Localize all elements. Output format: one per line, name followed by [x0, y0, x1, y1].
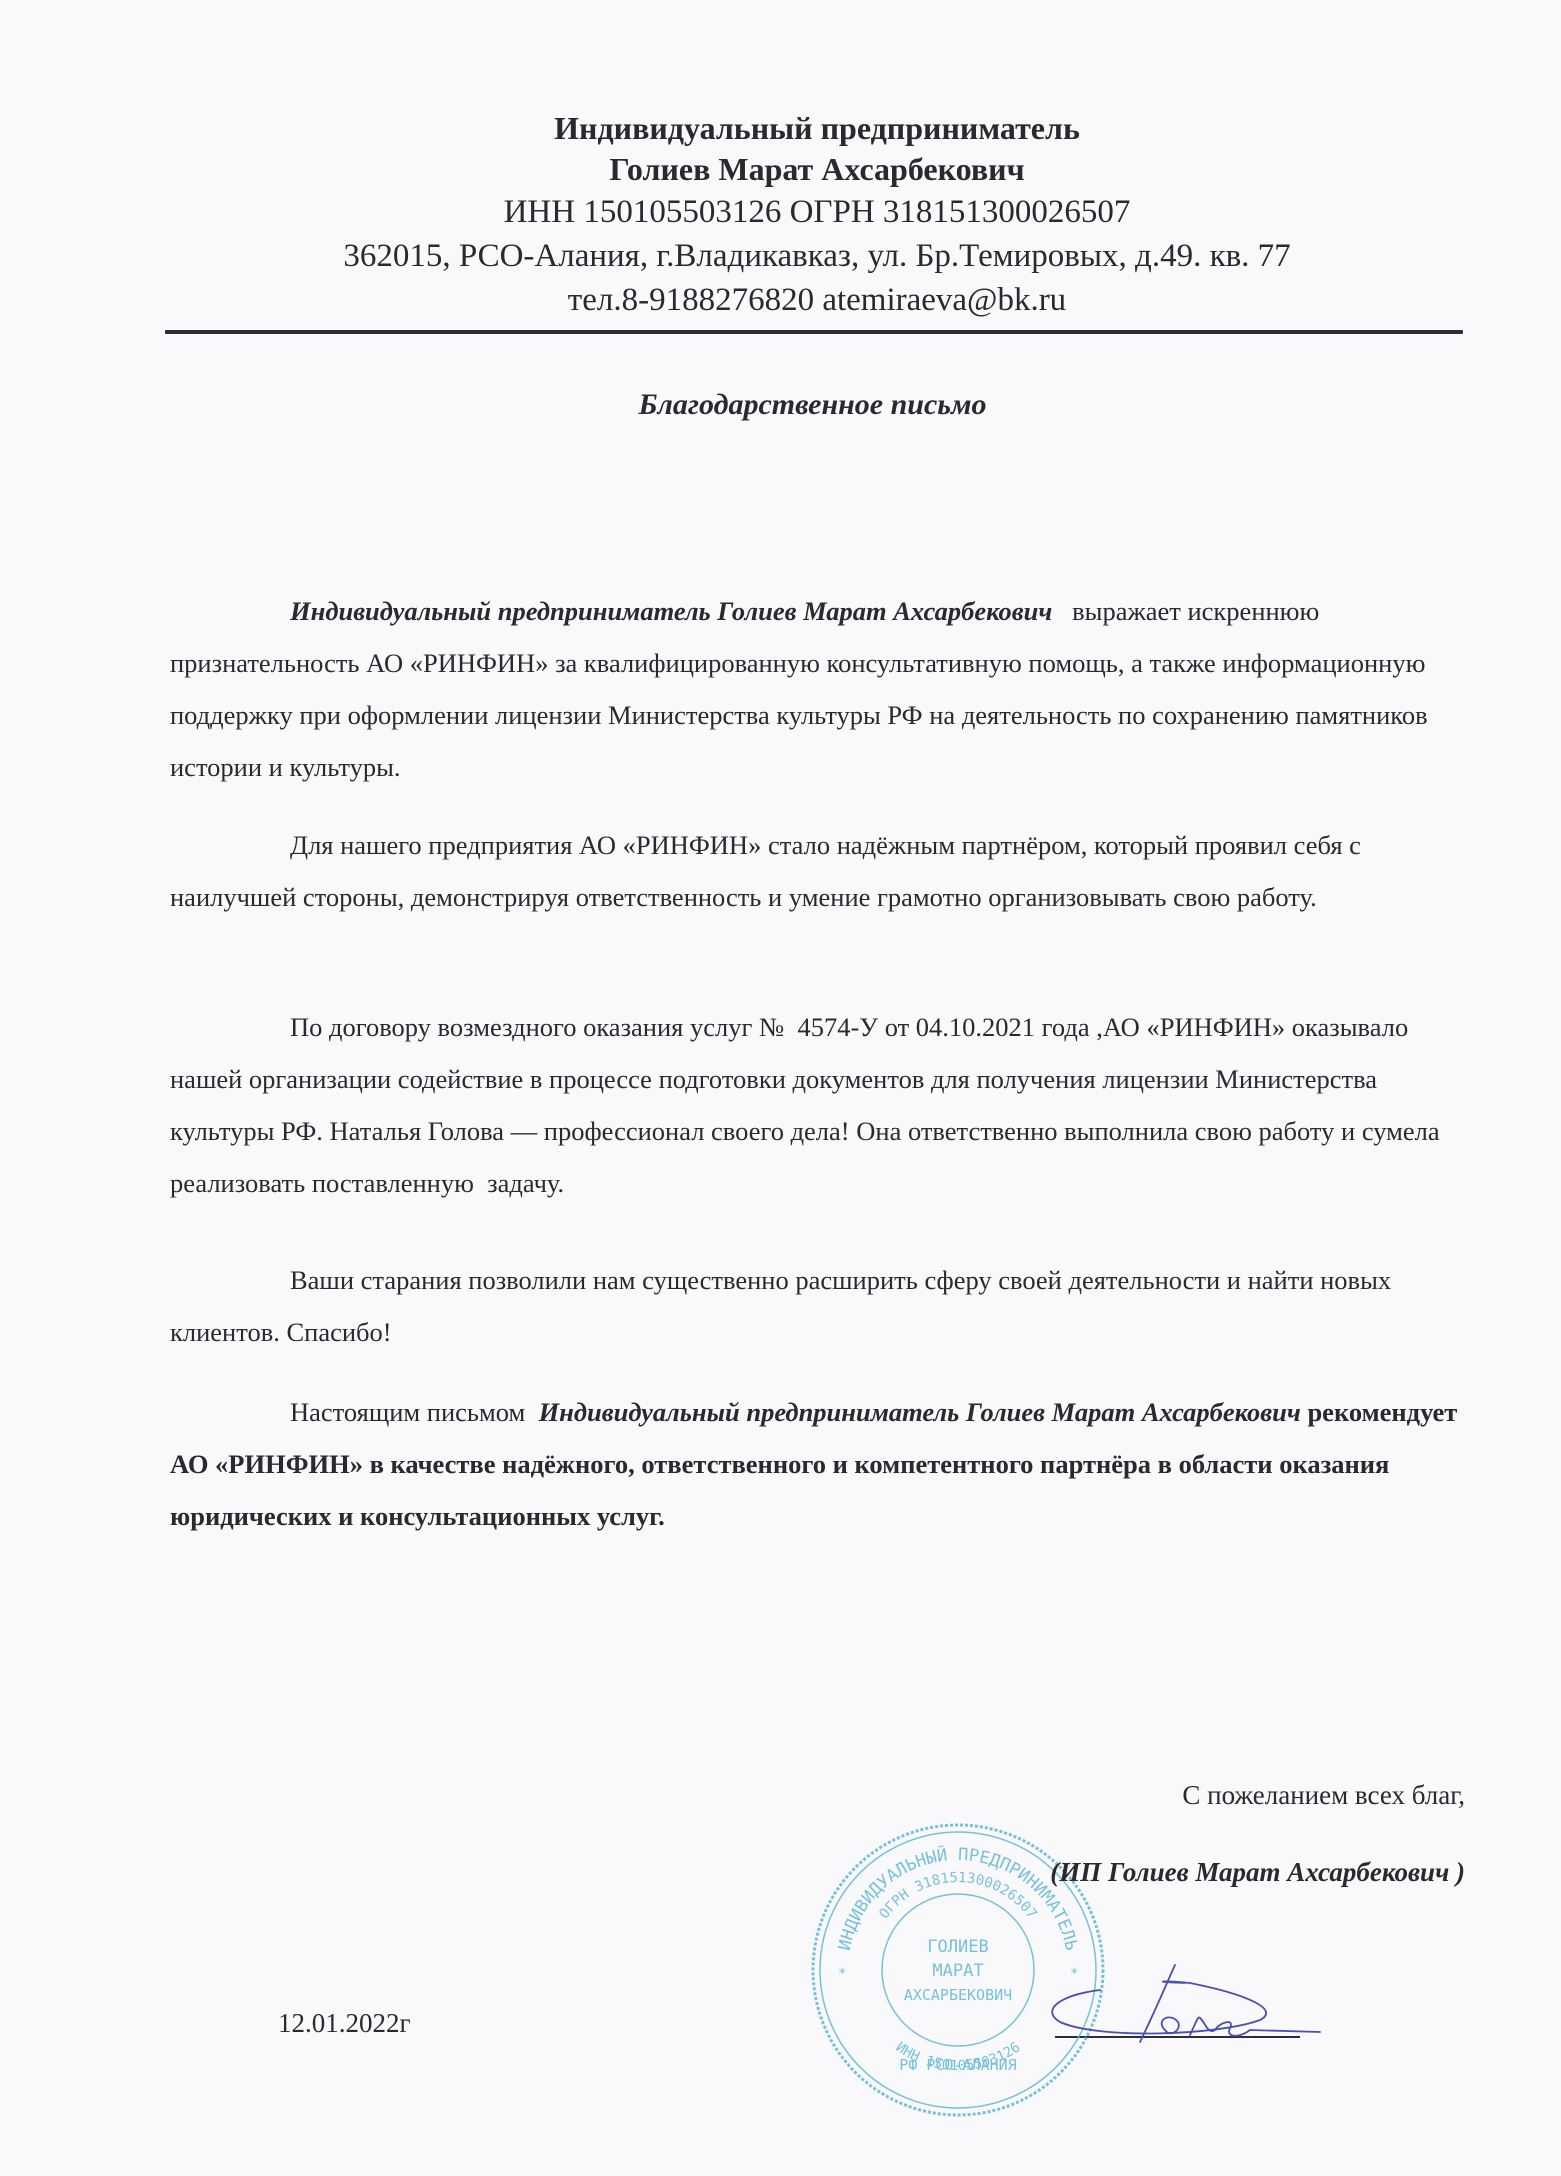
- document-title: Благодарственное письмо: [0, 388, 1561, 422]
- letterhead-divider: [165, 330, 1463, 334]
- stamp-center-line-1: ГОЛИЕВ: [927, 1937, 988, 1957]
- stamp-star-left-icon: *: [838, 1966, 846, 1982]
- letterhead-contacts: тел.8-9188276820 atemiraeva@bk.ru: [0, 278, 1561, 322]
- paragraph-2: Для нашего предприятия АО «РИНФИН» стало…: [170, 819, 1460, 923]
- stamp-outer-text: ИНДИВИДУАЛЬНЫЙ ПРЕДПРИНИМАТЕЛЬ: [835, 1844, 1081, 1953]
- paragraph-4: Ваши старания позволили нам существенно …: [170, 1254, 1460, 1358]
- paragraph-3-text: По договору возмездного оказания услуг №…: [170, 1001, 1460, 1209]
- handwritten-signature-icon: [1040, 1950, 1340, 2050]
- stamp-region-text: РФ РСО-АЛАНИЯ: [899, 2056, 1016, 2074]
- closing-phrase: С пожеланием всех благ,: [1182, 1780, 1465, 1811]
- sender-name-emphasis: Индивидуальный предприниматель Голиев Ма…: [290, 596, 1052, 626]
- stamp-center-line-3: АХСАРБЕКОВИЧ: [904, 1986, 1012, 2004]
- letterhead-title: Индивидуальный предприниматель: [0, 108, 1561, 149]
- letterhead-name: Голиев Марат Ахсарбекович: [0, 149, 1561, 190]
- letter-page: Индивидуальный предприниматель Голиев Ма…: [0, 0, 1561, 2176]
- paragraph-5-lead: Настоящим письмом: [290, 1397, 539, 1427]
- svg-text:ИНДИВИДУАЛЬНЫЙ ПРЕДПРИНИМАТЕЛЬ: ИНДИВИДУАЛЬНЫЙ ПРЕДПРИНИМАТЕЛЬ: [835, 1844, 1081, 1953]
- signer-name: (ИП Голиев Марат Ахсарбекович ): [1050, 1857, 1465, 1888]
- paragraph-3: По договору возмездного оказания услуг №…: [170, 1001, 1460, 1209]
- paragraph-2-text: Для нашего предприятия АО «РИНФИН» стало…: [170, 819, 1460, 923]
- letter-date: 12.01.2022г: [278, 2008, 411, 2039]
- paragraph-1: Индивидуальный предприниматель Голиев Ма…: [170, 585, 1460, 793]
- letterhead-address: 362015, РСО-Алания, г.Владикавказ, ул. Б…: [0, 234, 1561, 278]
- paragraph-5: Настоящим письмом Индивидуальный предпри…: [170, 1386, 1460, 1542]
- sender-name-emphasis-2: Индивидуальный предприниматель Голиев Ма…: [539, 1397, 1301, 1427]
- letterhead-registration: ИНН 150105503126 ОГРН 318151300026507: [0, 190, 1561, 234]
- letterhead: Индивидуальный предприниматель Голиев Ма…: [0, 108, 1561, 322]
- paragraph-4-text: Ваши старания позволили нам существенно …: [170, 1254, 1460, 1358]
- stamp-center-line-2: МАРАТ: [932, 1961, 983, 1981]
